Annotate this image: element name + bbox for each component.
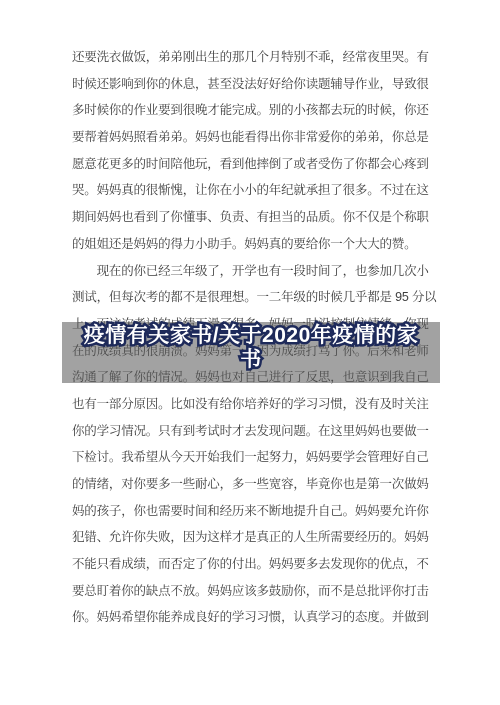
text-line: 愿意花更多的时间陪他玩，看到他摔倒了或者受伤了你都会心疼到: [72, 151, 438, 178]
text-line: 的姐姐还是妈妈的得力小助手。妈妈真的要给你一个大大的赞。: [72, 231, 438, 258]
text-line: 要帮着妈妈照看弟弟。妈妈也能看得出你非常爱你的弟弟，你总是: [72, 124, 438, 151]
text-line: 你。妈妈希望你能养成良好的学习习惯，认真学习的态度。并做到: [72, 604, 438, 631]
text-line: 你的学习情况。只有到考试时才去发现问题。在这里妈妈也要做一: [72, 418, 438, 445]
text-line: 要总盯着你的缺点不放。妈妈应该多鼓励你，而不是总批评你打击: [72, 578, 438, 605]
text-line: 妈的孩子，你也需要时间和经历来不断地提升自己。妈妈要允许你: [72, 498, 438, 525]
title-overlay: 疫情有关家书/关于2020年疫情的家 书: [62, 324, 440, 372]
text-line: 时候还影响到你的休息，甚至没法好好给你读题辅导作业，导致很: [72, 71, 438, 98]
title-line-2: 书: [62, 348, 440, 372]
text-line: 测试，但每次考的都不是很理想。一二年级的时候几乎都是 95 分以: [72, 284, 438, 311]
article-page: 还要洗衣做饭，弟弟刚出生的那几个月特别不乖，经常夜里哭。有时候还影响到你的休息，…: [0, 0, 500, 705]
text-line: 犯错、允许你失败，因为这样才是真正的人生所需要经历的。妈妈: [72, 524, 438, 551]
text-line: 现在的你已经三年级了，开学也有一段时间了，也参加几次小: [72, 258, 438, 285]
text-line: 哭。妈妈真的很惭愧，让你在小小的年纪就承担了很多。不过在这: [72, 177, 438, 204]
title-line-1: 疫情有关家书/关于2020年疫情的家: [62, 324, 440, 348]
text-line: 多时候你的作业要到很晚才能完成。别的小孩都去玩的时候，你还: [72, 97, 438, 124]
text-line: 期间妈妈也看到了你懂事、负责、有担当的品质。你不仅是个称职: [72, 204, 438, 231]
text-line: 还要洗衣做饭，弟弟刚出生的那几个月特别不乖，经常夜里哭。有: [72, 44, 438, 71]
text-line: 也有一部分原因。比如没有给你培养好的学习习惯，没有及时关注: [72, 391, 438, 418]
text-line: 下检讨。我希望从今天开始我们一起努力，妈妈要学会管理好自己: [72, 444, 438, 471]
text-line: 的情绪，对你要多一些耐心，多一些宽容，毕竟你也是第一次做妈: [72, 471, 438, 498]
text-line: 不能只看成绩，而否定了你的付出。妈妈要多去发现你的优点，不: [72, 551, 438, 578]
